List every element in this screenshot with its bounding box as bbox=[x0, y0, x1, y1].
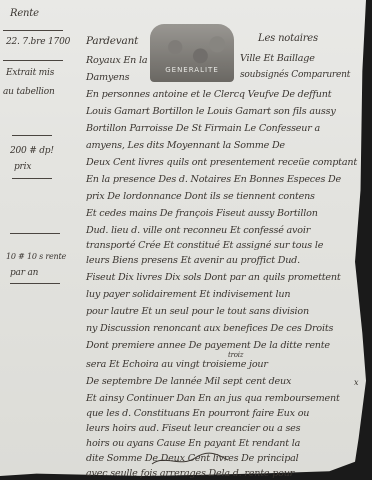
margin-rule bbox=[12, 178, 52, 179]
text-line: Dud. lieu d. ville ont reconneu Et confe… bbox=[86, 225, 310, 236]
margin-heading: Rente bbox=[10, 8, 39, 19]
header-right-2: Ville Et Baillage bbox=[240, 53, 315, 64]
text-line: hoirs ou ayans Cause En payant Et rendan… bbox=[86, 438, 300, 449]
margin-date: 22. 7.bre 1700 bbox=[6, 37, 70, 47]
text-line: amyens, Les dits Moyennant la Somme De bbox=[86, 140, 285, 151]
margin-rule bbox=[12, 135, 52, 136]
text-line: Fiseut Dix livres Dix sols Dont par an q… bbox=[86, 272, 341, 283]
header-right-1: Les notaires bbox=[258, 33, 318, 44]
margin-rule bbox=[10, 233, 60, 234]
text-line: ny Discussion renoncant aux benefices De… bbox=[86, 323, 333, 334]
header-left-1: Pardevant bbox=[86, 35, 138, 47]
closing-flourish-icon bbox=[150, 450, 230, 470]
text-line: pour lautre Et un seul pour le tout sans… bbox=[86, 306, 309, 317]
text-line: En la presence Des d. Notaires En Bonnes… bbox=[86, 174, 341, 185]
margin-rule bbox=[3, 30, 63, 31]
margin-rule bbox=[10, 283, 60, 284]
margin-note-line2: au tabellion bbox=[3, 87, 55, 97]
header-left-3: Damyens bbox=[86, 72, 129, 83]
text-line: sera Et Echoira au vingt troisieme jour bbox=[86, 359, 268, 370]
margin-amount-label: prix bbox=[14, 162, 31, 172]
text-line: leurs Biens presens Et avenir au proffic… bbox=[86, 255, 300, 266]
text-line: leurs hoirs aud. Fiseut leur creancier o… bbox=[86, 423, 300, 434]
text-line: Louis Gamart Bortillon le Louis Gamart s… bbox=[86, 106, 336, 117]
text-line: transporté Crée Et constitué Et assigné … bbox=[86, 240, 323, 251]
margin-rent-label: par an bbox=[10, 268, 38, 278]
header-left-2: Royaux En la bbox=[86, 55, 147, 66]
text-line: que les d. Constituans En pourront faire… bbox=[86, 408, 309, 419]
page-mark: x bbox=[354, 378, 358, 387]
header-right-3: soubsignés Comparurent bbox=[240, 70, 350, 80]
text-line: prix De lordonnance Dont ils se tiennent… bbox=[86, 191, 315, 202]
text-line: Et cedes mains De françois Fiseut aussy … bbox=[86, 208, 318, 219]
tax-stamp-label: GENERALITE bbox=[150, 66, 234, 74]
text-line: Bortillon Parroisse De St Firmain Le Con… bbox=[86, 123, 320, 134]
margin-rule bbox=[3, 60, 63, 61]
text-line: Et ainsy Continuer Dan En an jus qua rem… bbox=[86, 393, 340, 404]
margin-amount: 200 # dp! bbox=[10, 146, 54, 156]
text-line: De septembre De lannée Mil sept cent deu… bbox=[86, 376, 291, 387]
margin-rent: 10 # 10 s rente bbox=[6, 252, 66, 261]
text-line: Dont premiere annee De payement De la di… bbox=[86, 340, 330, 351]
text-line: luy payer solidairement Et indivisement … bbox=[86, 289, 290, 300]
interlinear-annotation: troiz bbox=[228, 351, 243, 359]
text-line: En personnes antoine et le Clercq Veufve… bbox=[86, 89, 331, 100]
margin-note-line1: Extrait mis bbox=[6, 68, 54, 78]
text-line: Deux Cent livres quils ont presentement … bbox=[86, 157, 357, 168]
